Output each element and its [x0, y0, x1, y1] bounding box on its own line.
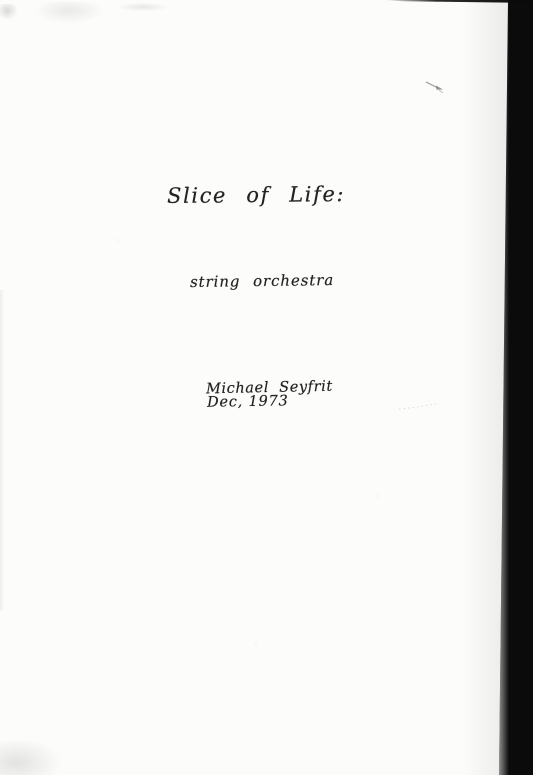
scan-edge-top-line — [383, 0, 533, 3]
scan-streak-left-edge — [0, 290, 4, 610]
stray-pen-mark — [424, 78, 450, 96]
ensemble-label: string orchestra — [190, 271, 334, 291]
scan-smudge-bottomleft — [0, 738, 62, 775]
scan-dotted-artifact — [398, 402, 440, 412]
scan-smudge-topleft — [118, 3, 168, 11]
score-title: Slice of Life: — [167, 182, 345, 208]
scan-edge-strip — [499, 0, 533, 775]
scan-smudge-topleft — [34, 2, 104, 24]
composition-date: Dec, 1973 — [207, 393, 289, 410]
scan-smudge-topleft — [0, 4, 18, 20]
scanned-score-title-page: Slice of Life: string orchestra Michael … — [0, 0, 533, 775]
